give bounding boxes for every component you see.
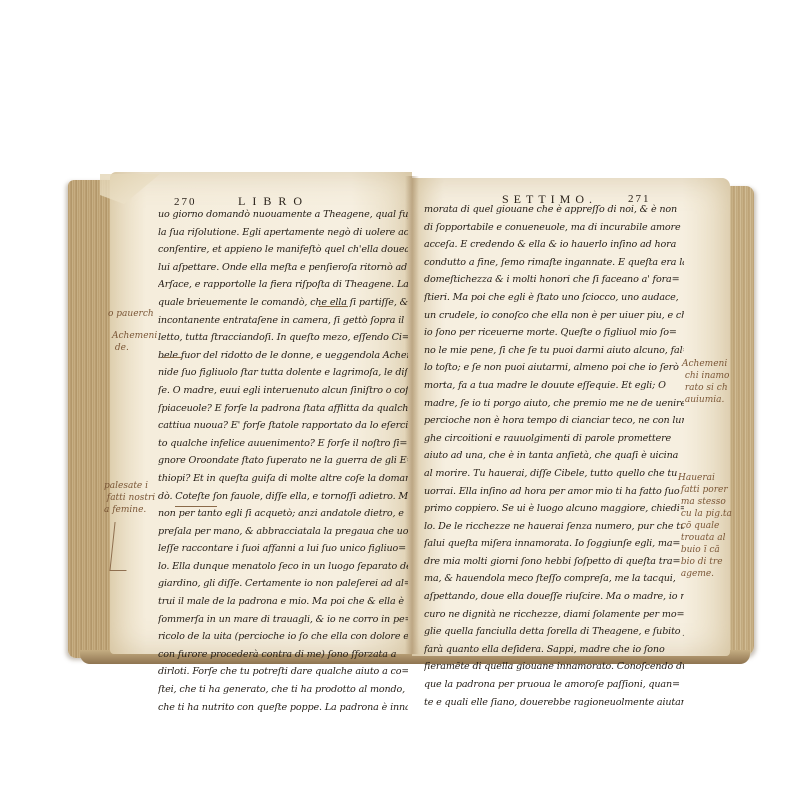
text-line: curo ne dignità ne ricchezze, diami ſola… [424,606,684,624]
text-line: morata di quel giouane che è appreſſo di… [424,201,684,219]
text-line: con furore procederà contra di me) ſono … [158,646,408,664]
marginal-note-left-2: Achemeni de. [112,330,157,354]
text-line: que la padrona per pruoua le amoroſe paſ… [424,676,684,694]
text-line: ſpiaceuole? E forſe la padrona ſtata aff… [158,400,408,418]
ink-underline [318,306,348,307]
text-line: al morire. Tu hauerai, diſſe Cibele, tut… [424,465,684,483]
text-line: fieramēte di quella giouane innamorato. … [424,658,684,676]
text-line: percioche non è hora tempo di cianciar t… [424,412,684,430]
text-line: Arſace, e rapportolle la fiera riſpoſta … [158,276,408,294]
text-line: che ti ha nutrito con queſte poppe. La p… [158,699,408,717]
text-line: ſtei, che ti ha generato, che ti ha prod… [158,681,408,699]
text-line: dirloti. Forſe che tu potreſti dare qual… [158,663,408,681]
text-line: ſalui queſta miſera innamorata. Io ſoggi… [424,535,684,553]
text-line: giardino, gli diſſe. Certamente io non p… [158,575,408,593]
marginal-note-right-1: Achemeni chi inamo rato si ch auiumia. [682,358,729,406]
text-line: dò. Coteſte ſon fauole, diſſe ella, e to… [158,488,408,506]
text-line: primo coppiero. Se ui è luogo alcuno mag… [424,500,684,518]
text-line: aſpettando, doue ella doueſſe riuſcire. … [424,588,684,606]
ink-underline [175,506,217,507]
text-line: acceſa. E credendo & ella & io hauerlo i… [424,236,684,254]
text-line: lui aſpettare. Onde ella meſta e penſier… [158,259,408,277]
ink-underline [162,357,182,358]
text-line: non per tanto egli ſi acquetò; anzi anda… [158,505,408,523]
text-line: te e quali elle ſiano, douerebbe ragione… [424,694,684,712]
text-line: domeſtichezza & i molti honori che ſi fa… [424,271,684,289]
text-line: glie quella fanciulla detta ſorella di T… [424,623,684,641]
text-line: ſtieri. Ma poi che egli è ſtato uno ſcio… [424,289,684,307]
text-line: dre mia molti giorni ſono hebbi ſoſpetto… [424,553,684,571]
text-line: preſala per mano, & abbracciatala la pre… [158,523,408,541]
text-line: ma, & hauendola meco ſteſſo compreſa, me… [424,570,684,588]
text-line: quale brieuemente le comandò, che ella ſ… [158,294,408,312]
text-line: trui il male de la padrona e mio. Ma poi… [158,593,408,611]
text-line: un crudele, io conoſco che ella non è pe… [424,307,684,325]
text-line: la ſua riſolutione. Egli apertamente neg… [158,224,408,242]
text-line: nide ſuo figliuolo ſtar tutta dolente e … [158,364,408,382]
left-page-text: uo giorno domandò nuouamente a Theagene,… [158,206,408,716]
marginal-note-left-3: palesate i fatti nostri a femine. [104,480,155,516]
text-line: di ſopportabile e conueneuole, ma di inc… [424,219,684,237]
text-line: incontanente entrataſene in camera, ſi g… [158,312,408,330]
text-line: uorrai. Ella inſino ad hora per amor mio… [424,483,684,501]
text-line: ricolo de la uita (percioche io ſo che e… [158,628,408,646]
text-line: bele fuor del ridotto de le donne, e ueg… [158,347,408,365]
text-line: to qualche infelice auuenimento? E forſe… [158,435,408,453]
text-line: letto, tutta ſtracciandoſi. In queſto me… [158,329,408,347]
text-line: conſentire, et appieno le manifeſtò quel… [158,241,408,259]
text-line: morta, fa a tua madre le douute eſſequie… [424,377,684,395]
text-line: condutto a fine, ſemo rimaſte ingannate.… [424,254,684,272]
open-book: 270 LIBRO SETTIMO. 271 uo giorno domandò… [0,0,800,800]
text-line: gnore Oroondate ſtato ſuperato ne la gue… [158,452,408,470]
text-line: ſe. O madre, euui egli interuenuto alcun… [158,382,408,400]
text-line: cattiua nuoua? E' forſe ſtatole rapporta… [158,417,408,435]
text-line: lo toſto; e ſe non puoi aiutarmi, almeno… [424,359,684,377]
text-line: uo giorno domandò nuouamente a Theagene,… [158,206,408,224]
marginal-note-right-2: Hauerai fatti porer ma stesso cu la pig.… [678,472,732,580]
text-line: lo. Ella dunque menatolo ſeco in un luog… [158,558,408,576]
text-line: lo. De le ricchezze ne hauerai ſenza num… [424,518,684,536]
text-line: aiuto ad una, che è in tanta anſietà, ch… [424,447,684,465]
right-page-text: morata di quel giouane che è appreſſo di… [424,201,684,711]
text-line: thiopi? Et in queſta guiſa di molte altr… [158,470,408,488]
text-line: io ſono per riceuerne morte. Queſte o fi… [424,324,684,342]
text-line: madre, ſe io ti porgo aiuto, che premio … [424,395,684,413]
text-line: no le mie pene, ſi che ſe tu puoi darmi … [424,342,684,360]
text-line: ghe circoitioni e rauuolgimenti di parol… [424,430,684,448]
text-line: farà quanto ella deſidera. Sappi, madre … [424,641,684,659]
text-line: leſſe raccontare i ſuoi affanni a lui ſu… [158,540,408,558]
text-line: ſommerſa in un mare di trauagli, & io ne… [158,611,408,629]
marginal-note-left-1: o pauerch [108,308,154,320]
